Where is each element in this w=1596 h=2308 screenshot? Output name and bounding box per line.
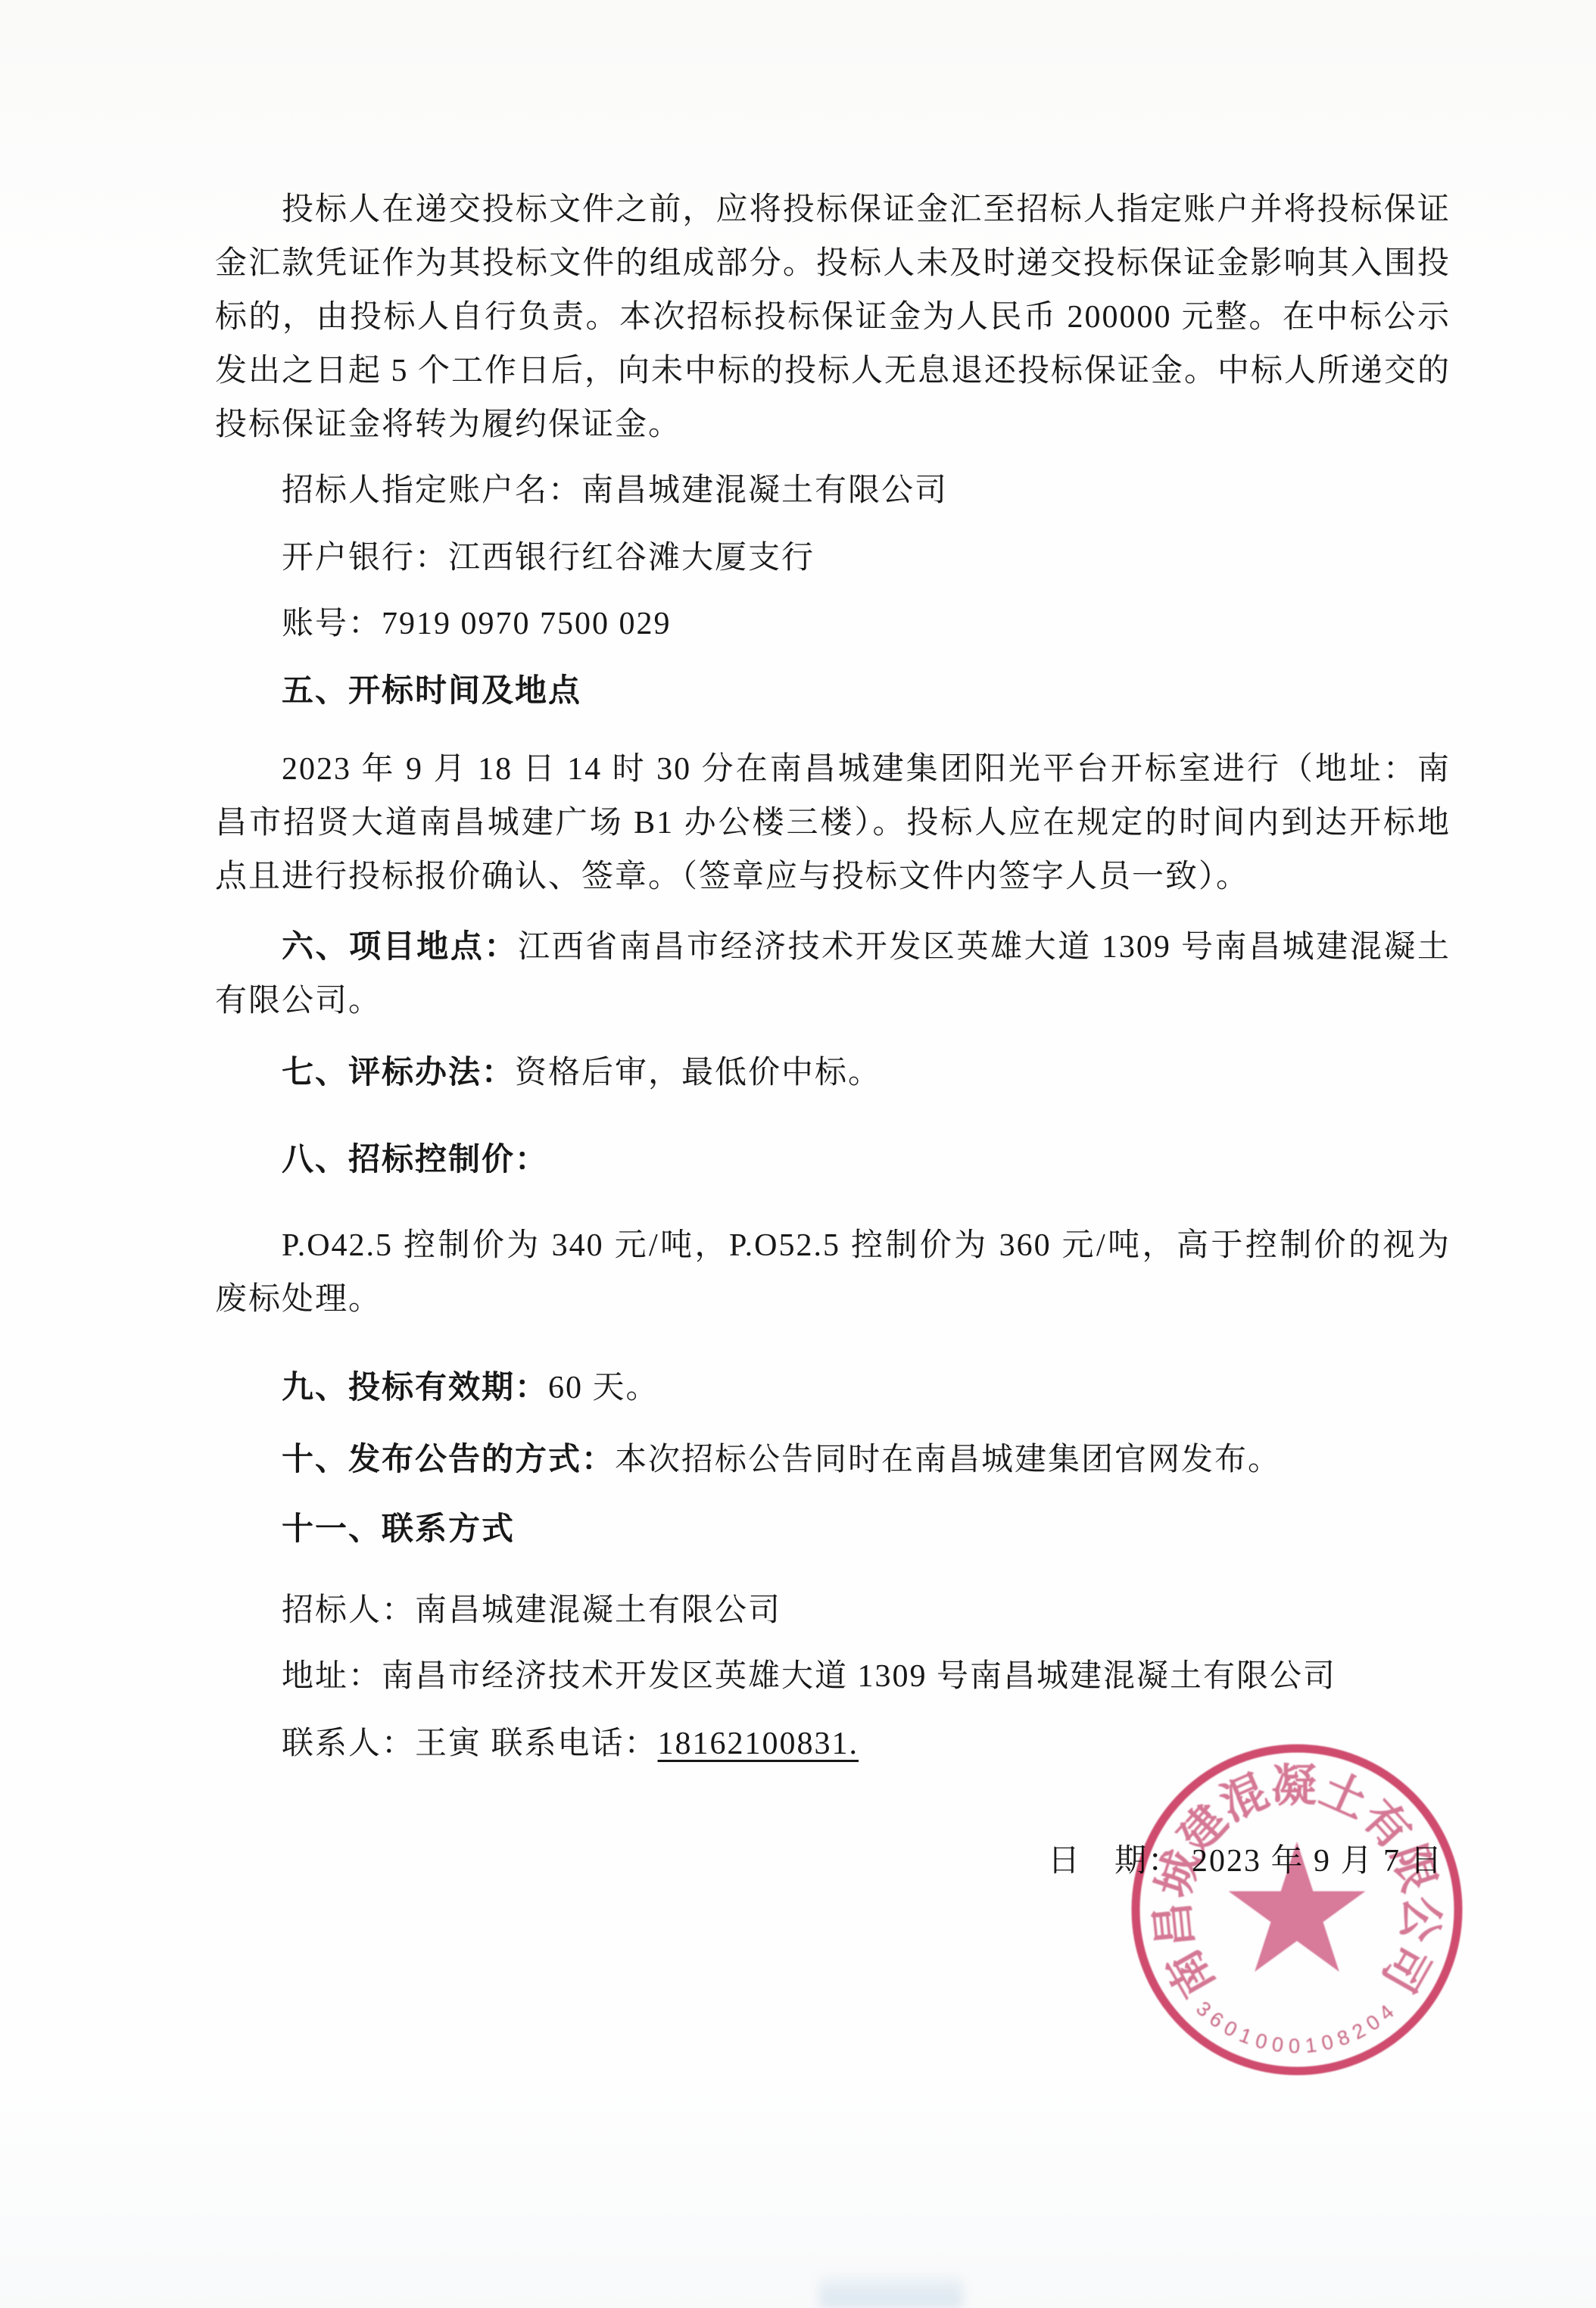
section-9-line: 九、投标有效期：60 天。 bbox=[215, 1360, 1451, 1415]
seal-star-icon bbox=[1229, 1842, 1366, 1972]
svg-text:3601000108204: 3601000108204 bbox=[1192, 1997, 1402, 2057]
section-7-line: 七、评标办法：资格后审，最低价中标。 bbox=[215, 1045, 1451, 1100]
section-6-line: 六、项目地点：江西省南昌市经济技术开发区英雄大道 1309 号南昌城建混凝土有限… bbox=[215, 919, 1451, 1028]
section-9-label: 九、投标有效期： bbox=[282, 1369, 548, 1405]
document-body: 投标人在递交投标文件之前，应将投标保证金汇至招标人指定账户并将投标保证金汇款凭证… bbox=[215, 183, 1451, 1771]
section-6-label: 六、项目地点： bbox=[282, 928, 518, 964]
account-name-line: 招标人指定账户名：南昌城建混凝土有限公司 bbox=[215, 464, 1451, 518]
section-10-line: 十、发布公告的方式：本次招标公告同时在南昌城建集团官网发布。 bbox=[215, 1432, 1451, 1487]
account-number-line: 账号：7919 0970 7500 029 bbox=[215, 597, 1451, 651]
section-5-body: 2023 年 9 月 18 日 14 时 30 分在南昌城建集团阳光平台开标室进… bbox=[215, 743, 1451, 904]
section-8-body: P.O42.5 控制价为 340 元/吨，P.O52.5 控制价为 360 元/… bbox=[215, 1219, 1451, 1327]
company-seal-icon: 南昌城建混凝土有限公司 3601000108204 bbox=[1123, 1736, 1471, 2084]
section-9-text: 60 天。 bbox=[548, 1371, 659, 1405]
section-5-title: 五、开标时间及地点 bbox=[215, 663, 1451, 717]
section-7-label: 七、评标办法： bbox=[282, 1054, 515, 1090]
seal-serial-number: 3601000108204 bbox=[1192, 1997, 1402, 2057]
bank-line: 开户银行：江西银行红谷滩大厦支行 bbox=[215, 532, 1451, 585]
contact-label: 联系人：王寅 联系电话： bbox=[282, 1726, 658, 1761]
phone-number: 18162100831. bbox=[658, 1726, 859, 1761]
address-line: 地址：南昌市经济技术开发区英雄大道 1309 号南昌城建混凝土有限公司 bbox=[215, 1650, 1451, 1704]
section-11-title: 十一、联系方式 bbox=[215, 1502, 1451, 1555]
scan-smudge-artifact bbox=[819, 2276, 963, 2308]
section-10-label: 十、发布公告的方式： bbox=[282, 1441, 615, 1477]
bidder-line: 招标人：南昌城建混凝土有限公司 bbox=[215, 1584, 1451, 1638]
document-page: 投标人在递交投标文件之前，应将投标保证金汇至招标人指定账户并将投标保证金汇款凭证… bbox=[0, 0, 1596, 2308]
section-8-title: 八、招标控制价： bbox=[215, 1132, 1451, 1186]
section-7-text: 资格后审，最低价中标。 bbox=[515, 1056, 881, 1090]
deposit-terms-paragraph: 投标人在递交投标文件之前，应将投标保证金汇至招标人指定账户并将投标保证金汇款凭证… bbox=[215, 183, 1451, 452]
section-10-text: 本次招标公告同时在南昌城建集团官网发布。 bbox=[615, 1442, 1281, 1477]
